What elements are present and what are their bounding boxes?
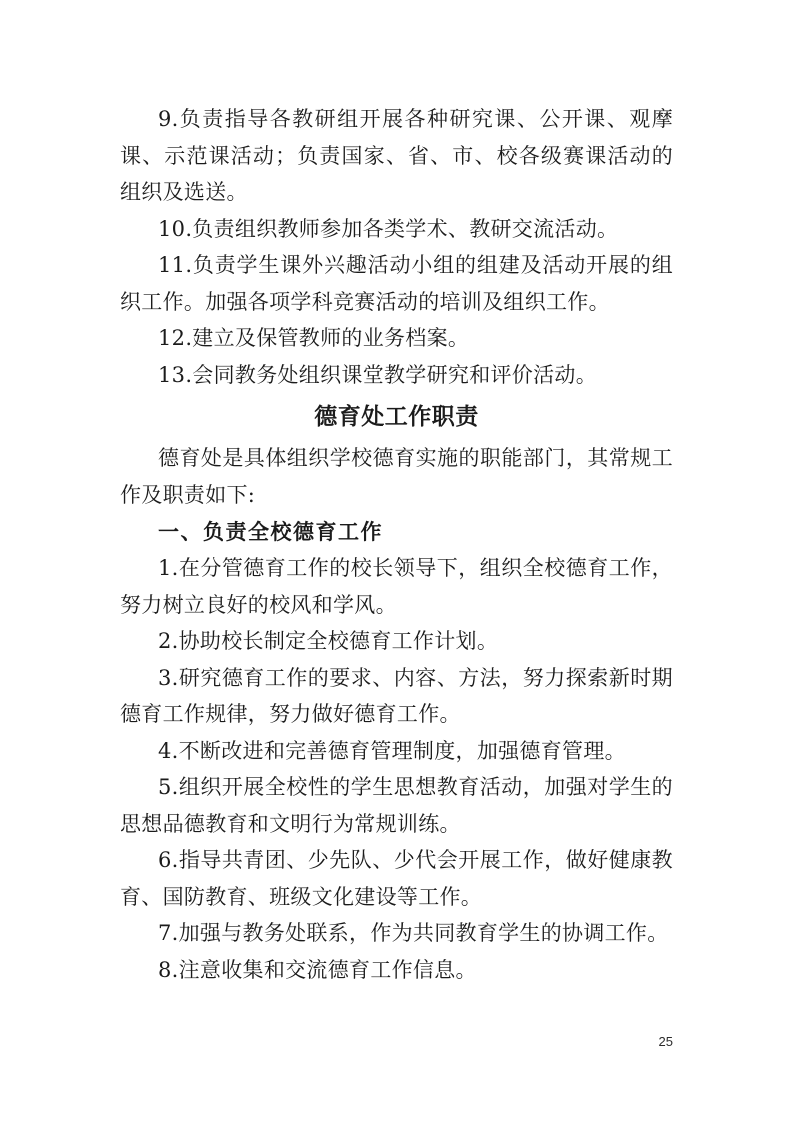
list-item-11: 11.负责学生课外兴趣活动小组的组建及活动开展的组织工作。加强各项学科竞赛活动的… [120,247,673,320]
list-item-1: 1.在分管德育工作的校长领导下，组织全校德育工作，努力树立良好的校风和学风。 [120,550,673,623]
list-item-6: 6.指导共青团、少先队、少代会开展工作，做好健康教育、国防教育、班级文化建设等工… [120,842,673,915]
list-item-2: 2.协助校长制定全校德育工作计划。 [120,623,673,660]
document-body: 9.负责指导各教研组开展各种研究课、公开课、观摩课、示范课活动；负责国家、省、市… [120,101,673,988]
section-heading: 德育处工作职责 [120,393,673,440]
sub-heading: 一、负责全校德育工作 [120,513,673,550]
list-item-7: 7.加强与教务处联系，作为共同教育学生的协调工作。 [120,915,673,952]
list-item-4: 4.不断改进和完善德育管理制度，加强德育管理。 [120,733,673,770]
list-item-12: 12.建立及保管教师的业务档案。 [120,320,673,357]
intro-paragraph: 德育处是具体组织学校德育实施的职能部门，其常规工作及职责如下: [120,440,673,513]
list-item-9: 9.负责指导各教研组开展各种研究课、公开课、观摩课、示范课活动；负责国家、省、市… [120,101,673,211]
list-item-13: 13.会同教务处组织课堂教学研究和评价活动。 [120,357,673,394]
list-item-8: 8.注意收集和交流德育工作信息。 [120,952,673,989]
list-item-5: 5.组织开展全校性的学生思想教育活动，加强对学生的思想品德教育和文明行为常规训练… [120,769,673,842]
list-item-3: 3.研究德育工作的要求、内容、方法，努力探索新时期德育工作规律，努力做好德育工作… [120,660,673,733]
page-number: 25 [659,1033,673,1051]
list-item-10: 10.负责组织教师参加各类学术、教研交流活动。 [120,211,673,248]
document-page: 9.负责指导各教研组开展各种研究课、公开课、观摩课、示范课活动；负责国家、省、市… [0,0,793,1122]
